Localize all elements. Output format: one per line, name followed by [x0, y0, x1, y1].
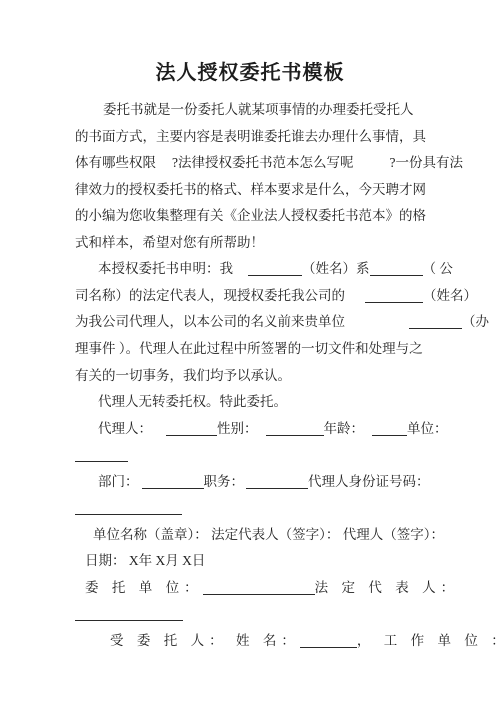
blank-underline: [409, 315, 462, 329]
text-segment: 受 委 托 人： 姓 名：: [110, 627, 300, 654]
text-segment: 体有哪些权限: [75, 149, 156, 176]
blank-underline: [75, 607, 183, 621]
text-segment: 日期： X年 X月 X日: [85, 547, 205, 574]
text-segment: 司名称）的法定代表人，现授权委托我公司的: [75, 282, 345, 309]
text-segment: 单位：: [407, 415, 448, 442]
text-segment: ?法律授权委托书范本怎么写呢: [172, 149, 354, 176]
document-line: 司名称）的法定代表人，现授权委托我公司的（姓名）: [75, 282, 477, 309]
blank-underline: [166, 422, 217, 436]
document-line: [75, 441, 128, 468]
document-line: 律效力的授权委托书的格式、样本要求是什么，今天聘才网: [75, 176, 426, 203]
document-title: 法人授权委托书模板: [0, 59, 500, 87]
spacer: [258, 432, 266, 433]
text-segment: 代理人身份证号码：: [308, 468, 430, 495]
document-line: 的小编为您收集整理有关《企业法人授权委托书范本》的格: [75, 202, 426, 229]
spacer: [345, 299, 365, 300]
document-line: 部门：职务：代理人身份证号码：: [98, 468, 430, 495]
blank-underline: [266, 422, 324, 436]
spacer: [345, 325, 409, 326]
text-segment: 单位名称（盖章）： 法定代表人（签字）： 代理人（签字）：: [93, 521, 444, 548]
text-segment: 律效力的授权委托书的格式、样本要求是什么，今天聘才网: [75, 176, 426, 203]
document-line: 委 托 单 位：法 定 代 表 人：: [85, 574, 459, 601]
spacer: [233, 272, 248, 273]
blank-underline: [372, 422, 407, 436]
document-line: 的书面方式，主要内容是表明谁委托谁去办理什么事情，具: [75, 123, 426, 150]
text-segment: 性别：: [217, 415, 258, 442]
blank-underline: [246, 475, 308, 489]
text-segment: 的书面方式，主要内容是表明谁委托谁去办理什么事情，具: [75, 123, 426, 150]
document-line: [75, 494, 182, 521]
text-segment: 代理人无转委托权。特此委托。: [98, 388, 287, 415]
document-line: 式和样本，希望对您有所帮助！: [75, 229, 264, 256]
text-segment: 的小编为您收集整理有关《企业法人授权委托书范本》的格: [75, 202, 426, 229]
text-segment: 理事件 ）。代理人在此过程中所签署的一切文件和处理与之: [75, 335, 423, 362]
text-segment: 法 定 代 表 人：: [315, 574, 460, 601]
text-segment: ?一份具有法: [390, 149, 464, 176]
spacer: [152, 432, 166, 433]
text-segment: 年龄：: [324, 415, 365, 442]
text-segment: 式和样本，希望对您有所帮助！: [75, 229, 264, 256]
document-line: 为我公司代理人，以本公司的名义前来贵单位（办: [75, 308, 489, 335]
text-segment: 部门：: [98, 468, 139, 495]
blank-underline: [75, 501, 182, 515]
blank-underline: [365, 289, 423, 303]
document-line: 委托书就是一份委托人就某项事情的办理委托受托人: [103, 96, 414, 123]
spacer: [354, 166, 390, 167]
document-line: 本授权委托书申明：我（姓名）系（ 公: [98, 255, 453, 282]
blank-underline: [75, 448, 128, 462]
blank-underline: [142, 475, 204, 489]
blank-underline: [203, 581, 315, 595]
text-segment: 为我公司代理人，以本公司的名义前来贵单位: [75, 308, 345, 335]
document-line: 代理人：性别：年龄：单位：: [98, 415, 448, 442]
document-line: 有关的一切事务，我们均予以承认。: [75, 362, 291, 389]
spacer: [364, 432, 372, 433]
document-line: [75, 600, 183, 627]
blank-underline: [370, 262, 423, 276]
document-page: 法人授权委托书模板 委托书就是一份委托人就某项事情的办理委托受托人的书面方式，主…: [0, 0, 500, 708]
text-segment: （ 公: [423, 255, 453, 282]
text-segment: 委托书就是一份委托人就某项事情的办理委托受托人: [103, 96, 414, 123]
text-segment: 有关的一切事务，我们均予以承认。: [75, 362, 291, 389]
text-segment: 委 托 单 位：: [85, 574, 203, 601]
document-line: 受 委 托 人： 姓 名：， 工 作 单 位 ：: [110, 627, 500, 654]
blank-underline: [300, 634, 357, 648]
document-line: 体有哪些权限?法律授权委托书范本怎么写呢?一份具有法: [75, 149, 463, 176]
text-segment: （姓名）: [423, 282, 477, 309]
text-segment: ， 工 作 单 位 ：: [357, 627, 500, 654]
text-segment: （办: [462, 308, 489, 335]
document-line: 日期： X年 X月 X日: [85, 547, 205, 574]
text-segment: 代理人：: [98, 415, 152, 442]
text-segment: 本授权委托书申明：我: [98, 255, 233, 282]
document-line: 单位名称（盖章）： 法定代表人（签字）： 代理人（签字）：: [93, 521, 444, 548]
document-line: 代理人无转委托权。特此委托。: [98, 388, 287, 415]
text-segment: 职务：: [204, 468, 245, 495]
spacer: [156, 166, 172, 167]
document-line: 理事件 ）。代理人在此过程中所签署的一切文件和处理与之: [75, 335, 423, 362]
text-segment: （姓名）系: [302, 255, 370, 282]
blank-underline: [248, 262, 302, 276]
